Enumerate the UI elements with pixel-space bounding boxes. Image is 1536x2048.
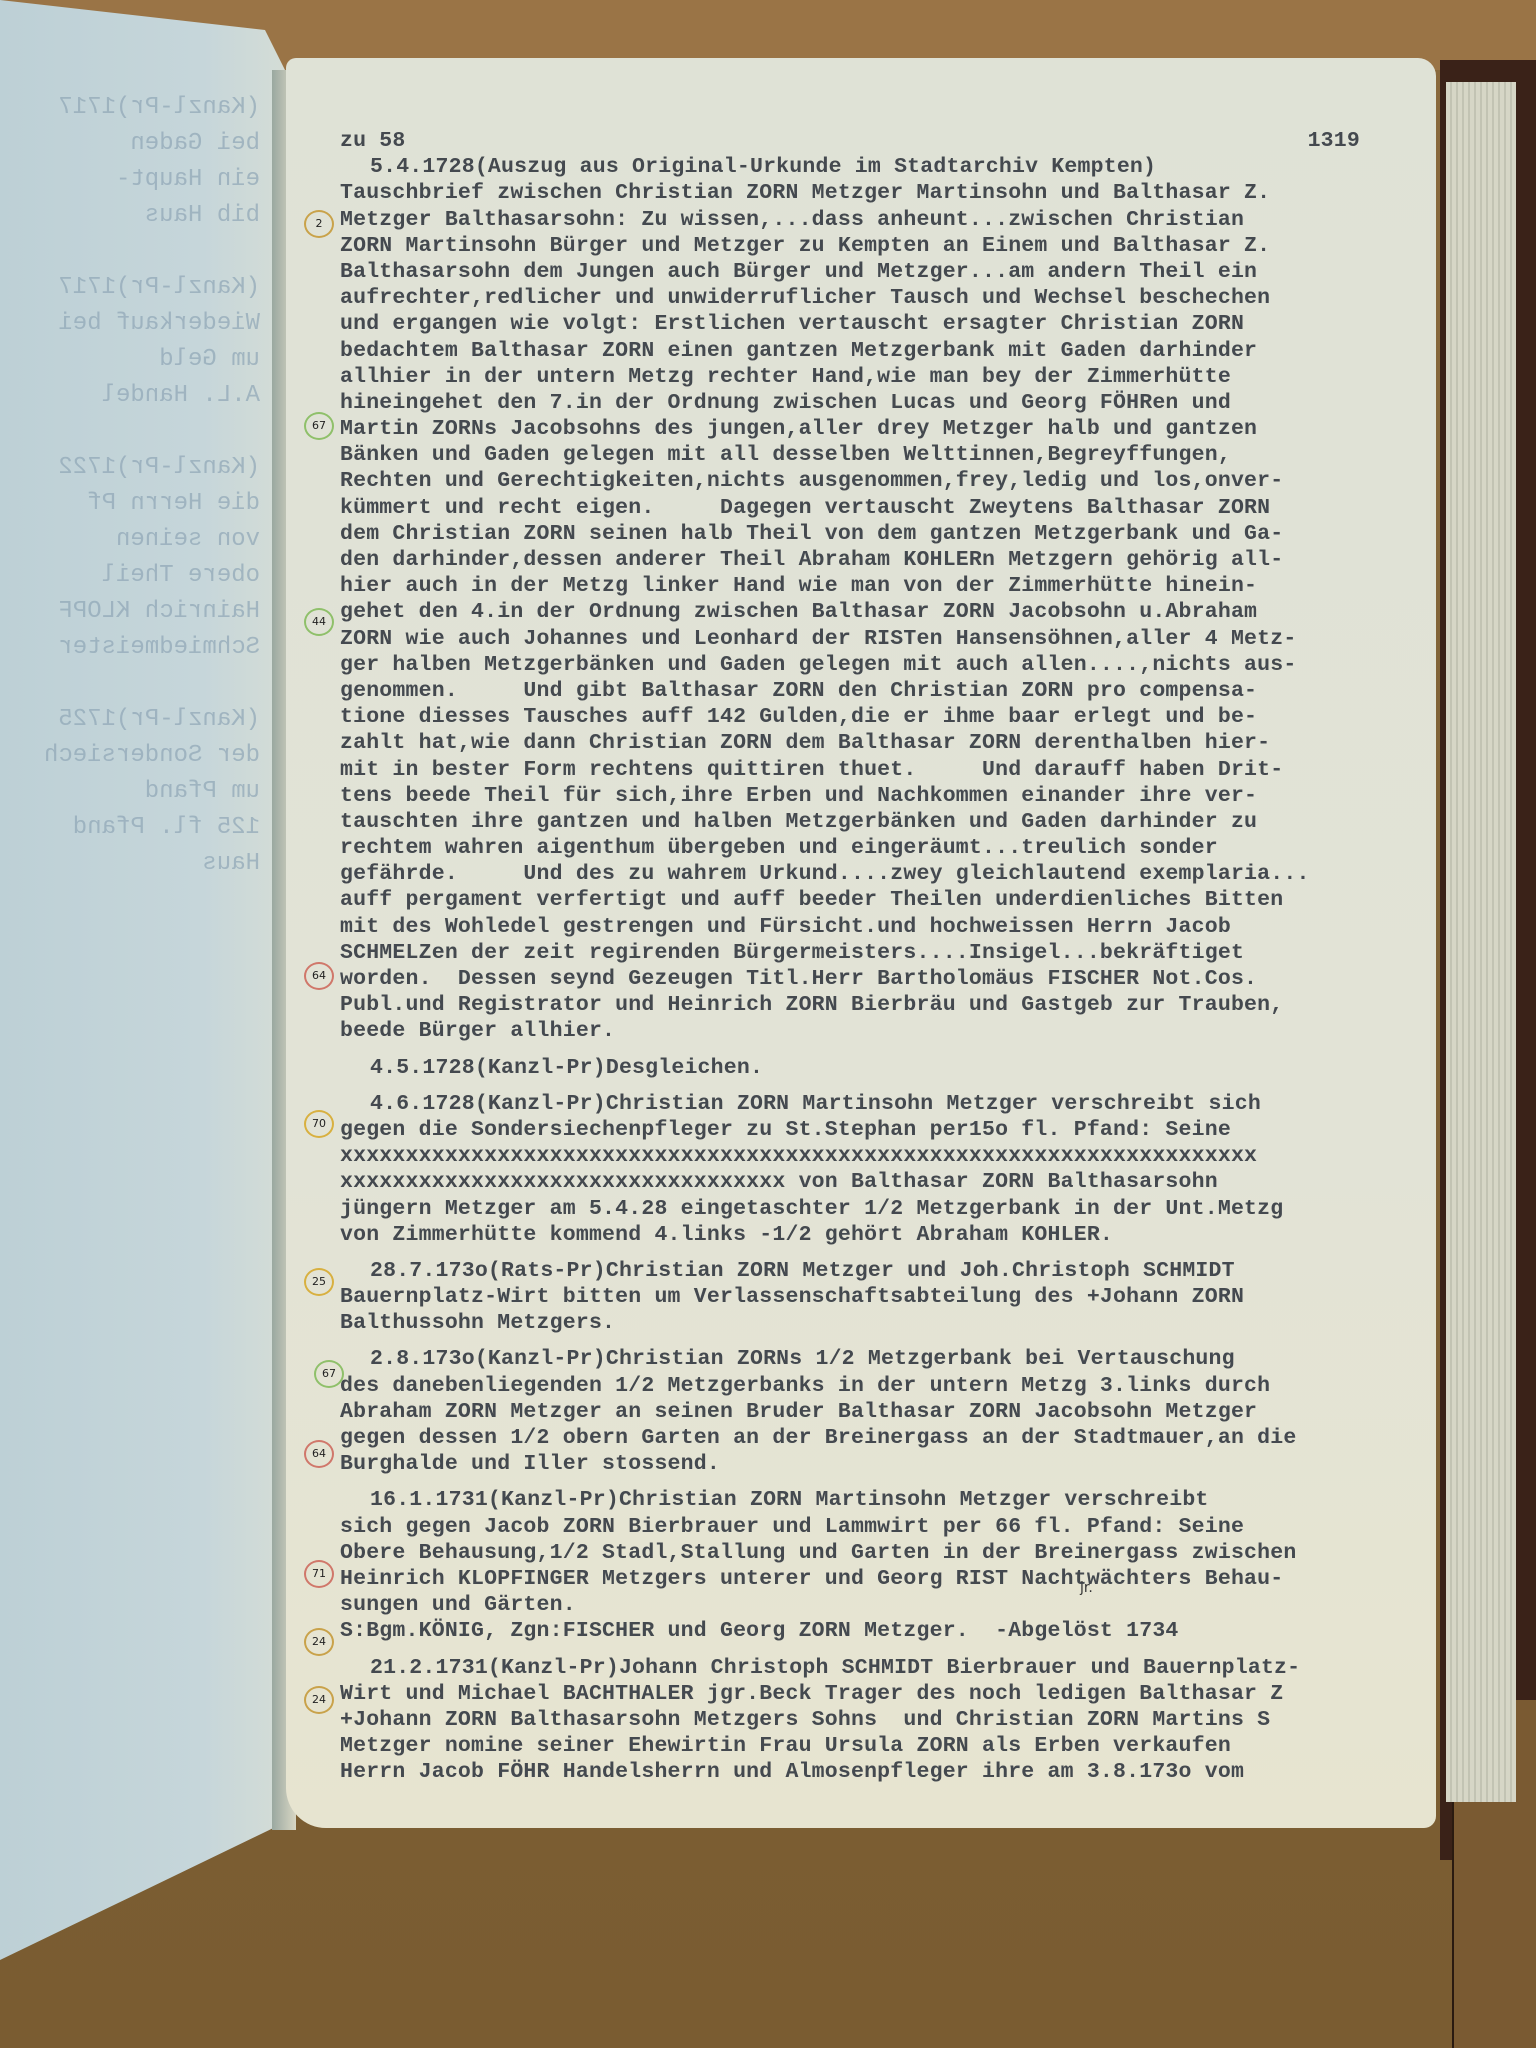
entry-text-line: gehet den 4.in der Ordnung zwischen Balt… (340, 599, 1460, 625)
entry-text-line: Herrn Jacob FÖHR Handelsherrn und Almose… (340, 1759, 1460, 1785)
entry-text-line: den darhinder,dessen anderer Theil Abrah… (340, 547, 1460, 573)
margin-notes: 267446470256764712424 (296, 0, 356, 2048)
entry-text-line: Metzger nomine seiner Ehewirtin Frau Urs… (340, 1733, 1460, 1759)
entry-text-line: beede Bürger allhier. (340, 1018, 1460, 1044)
entry-text-line: mit des Wohledel gestrengen und Fürsicht… (340, 914, 1460, 940)
entry-date-line: 5.4.1728(Auszug aus Original-Urkunde im … (340, 154, 1460, 180)
entry-text-line: xxxxxxxxxxxxxxxxxxxxxxxxxxxxxxxxxxxxxxxx… (340, 1143, 1460, 1169)
circled-margin-number: 67 (304, 412, 334, 440)
entry-text-line: worden. Dessen seynd Gezeugen Titl.Herr … (340, 966, 1460, 992)
page-number: 1319 (1308, 128, 1360, 154)
circled-margin-number: 71 (304, 1560, 334, 1588)
circled-margin-number: 24 (304, 1628, 334, 1656)
circled-margin-number: 67 (314, 1360, 344, 1388)
entry-text-line: Heinrich KLOPFINGER Metzgers unterer und… (340, 1566, 1460, 1592)
entry-text-line: tione diesses Tausches auff 142 Gulden,d… (340, 704, 1460, 730)
entry-date-line: 4.5.1728(Kanzl-Pr)Desgleichen. (340, 1055, 1460, 1081)
document-entry: 4.5.1728(Kanzl-Pr)Desgleichen. (340, 1055, 1460, 1081)
entry-text-line: Burghalde und Iller stossend. (340, 1451, 1460, 1477)
document-entry: 28.7.173o(Rats-Pr)Christian ZORN Metzger… (340, 1258, 1460, 1337)
entry-date-line: 21.2.1731(Kanzl-Pr)Johann Christoph SCHM… (340, 1655, 1460, 1681)
entry-text-line: tauschten ihre gantzen und halben Metzge… (340, 809, 1460, 835)
entry-text-line: Obere Behausung,1/2 Stadl,Stallung und G… (340, 1540, 1460, 1566)
entry-text-line: dem Christian ZORN seinen halb Theil von… (340, 521, 1460, 547)
entry-text-line: genommen. Und gibt Balthasar ZORN den Ch… (340, 678, 1460, 704)
circled-margin-number: 64 (304, 962, 334, 990)
entry-text-line: Martin ZORNs Jacobsohns des jungen,aller… (340, 416, 1460, 442)
entry-text-line: gegen die Sondersiechenpfleger zu St.Ste… (340, 1117, 1460, 1143)
document-entry: 4.6.1728(Kanzl-Pr)Christian ZORN Martins… (340, 1091, 1460, 1248)
entry-text-line: auff pergament verfertigt und auff beede… (340, 887, 1460, 913)
entry-text-line: aufrechter,redlicher und unwiderrufliche… (340, 285, 1460, 311)
entry-text-line: Abraham ZORN Metzger an seinen Bruder Ba… (340, 1399, 1460, 1425)
document-entry: 2.8.173o(Kanzl-Pr)Christian ZORNs 1/2 Me… (340, 1346, 1460, 1477)
entry-text-line: sich gegen Jacob ZORN Bierbrauer und Lam… (340, 1514, 1460, 1540)
entry-text-line: hier auch in der Metzg linker Hand wie m… (340, 573, 1460, 599)
entry-text-line: rechtem wahren aigenthum übergeben und e… (340, 835, 1460, 861)
entry-date-line: 2.8.173o(Kanzl-Pr)Christian ZORNs 1/2 Me… (340, 1346, 1460, 1372)
page-header: zu 58 1319 (340, 128, 1360, 154)
entry-text-line: SCHMELZen der zeit regirenden Bürgermeis… (340, 940, 1460, 966)
entry-text-line: sungen und Gärten. (340, 1592, 1460, 1618)
entry-text-line: von Zimmerhütte kommend 4.links -1/2 geh… (340, 1222, 1460, 1248)
entry-date-line: 28.7.173o(Rats-Pr)Christian ZORN Metzger… (340, 1258, 1460, 1284)
entry-text-line: gefährde. Und des zu wahrem Urkund....zw… (340, 861, 1460, 887)
entry-text-line: ZORN Martinsohn Bürger und Metzger zu Ke… (340, 233, 1460, 259)
entry-text-line: Tauschbrief zwischen Christian ZORN Metz… (340, 180, 1460, 206)
entry-text-line: und ergangen wie volgt: Erstlichen verta… (340, 311, 1460, 337)
entry-text-line: Rechten und Gerechtigkeiten,nichts ausge… (340, 468, 1460, 494)
entry-text-line: ger halben Metzgerbänken und Gaden geleg… (340, 652, 1460, 678)
entry-text-line: bedachtem Balthasar ZORN einen gantzen M… (340, 338, 1460, 364)
circled-margin-number: 64 (304, 1440, 334, 1468)
entry-text-line: Balthasarsohn dem Jungen auch Bürger und… (340, 259, 1460, 285)
circled-margin-number: 2 (304, 210, 334, 238)
left-page-bleed-through-text: (Kanzl-Pr)1717 bei Gaden ein Haupt- bib … (0, 90, 260, 882)
entry-text-line: xxxxxxxxxxxxxxxxxxxxxxxxxxxxxxxxxx von B… (340, 1169, 1460, 1195)
left-page: (Kanzl-Pr)1717 bei Gaden ein Haupt- bib … (0, 0, 290, 1960)
entry-text-line: kümmert und recht eigen. Dagegen vertaus… (340, 495, 1460, 521)
circled-margin-number: 44 (304, 608, 334, 636)
circled-margin-number: 24 (304, 1686, 334, 1714)
entry-text-line: jüngern Metzger am 5.4.28 eingetaschter … (340, 1196, 1460, 1222)
entry-text-line: tens beede Theil für sich,ihre Erben und… (340, 783, 1460, 809)
entry-text-line: des danebenliegenden 1/2 Metzgerbanks in… (340, 1373, 1460, 1399)
entry-text-line: mit in bester Form rechtens quittiren th… (340, 757, 1460, 783)
entry-text-line: hineingehet den 7.in der Ordnung zwische… (340, 390, 1460, 416)
typewritten-document: zu 58 1319 5.4.1728(Auszug aus Original-… (340, 128, 1460, 1795)
entry-text-line: Metzger Balthasarsohn: Zu wissen,...dass… (340, 207, 1460, 233)
document-entry: 5.4.1728(Auszug aus Original-Urkunde im … (340, 154, 1460, 1044)
entry-text-line: zahlt hat,wie dann Christian ZORN dem Ba… (340, 730, 1460, 756)
entry-text-line: gegen dessen 1/2 obern Garten an der Bre… (340, 1425, 1460, 1451)
entry-text-line: Bauernplatz-Wirt bitten um Verlassenscha… (340, 1284, 1460, 1310)
entry-text-line: Wirt und Michael BACHTHALER jgr.Beck Tra… (340, 1681, 1460, 1707)
entry-date-line: 4.6.1728(Kanzl-Pr)Christian ZORN Martins… (340, 1091, 1460, 1117)
document-entry: 21.2.1731(Kanzl-Pr)Johann Christoph SCHM… (340, 1655, 1460, 1786)
circled-margin-number: 70 (304, 1110, 334, 1138)
document-entry: 16.1.1731(Kanzl-Pr)Christian ZORN Martin… (340, 1487, 1460, 1644)
entry-text-line: S:Bgm.KÖNIG, Zgn:FISCHER und Georg ZORN … (340, 1618, 1460, 1644)
circled-margin-number: 25 (304, 1268, 334, 1296)
entry-text-line: ZORN wie auch Johannes und Leonhard der … (340, 626, 1460, 652)
entry-text-line: Publ.und Registrator und Heinrich ZORN B… (340, 992, 1460, 1018)
entry-date-line: 16.1.1731(Kanzl-Pr)Christian ZORN Martin… (340, 1487, 1460, 1513)
entry-text-line: allhier in der untern Metzg rechter Hand… (340, 364, 1460, 390)
entry-text-line: +Johann ZORN Balthasarsohn Metzgers Sohn… (340, 1707, 1460, 1733)
entry-text-line: Balthussohn Metzgers. (340, 1310, 1460, 1336)
entry-text-line: Bänken und Gaden gelegen mit all desselb… (340, 442, 1460, 468)
entries-list: 5.4.1728(Auszug aus Original-Urkunde im … (340, 154, 1460, 1785)
handwritten-insert: jr. (1080, 1580, 1093, 1596)
